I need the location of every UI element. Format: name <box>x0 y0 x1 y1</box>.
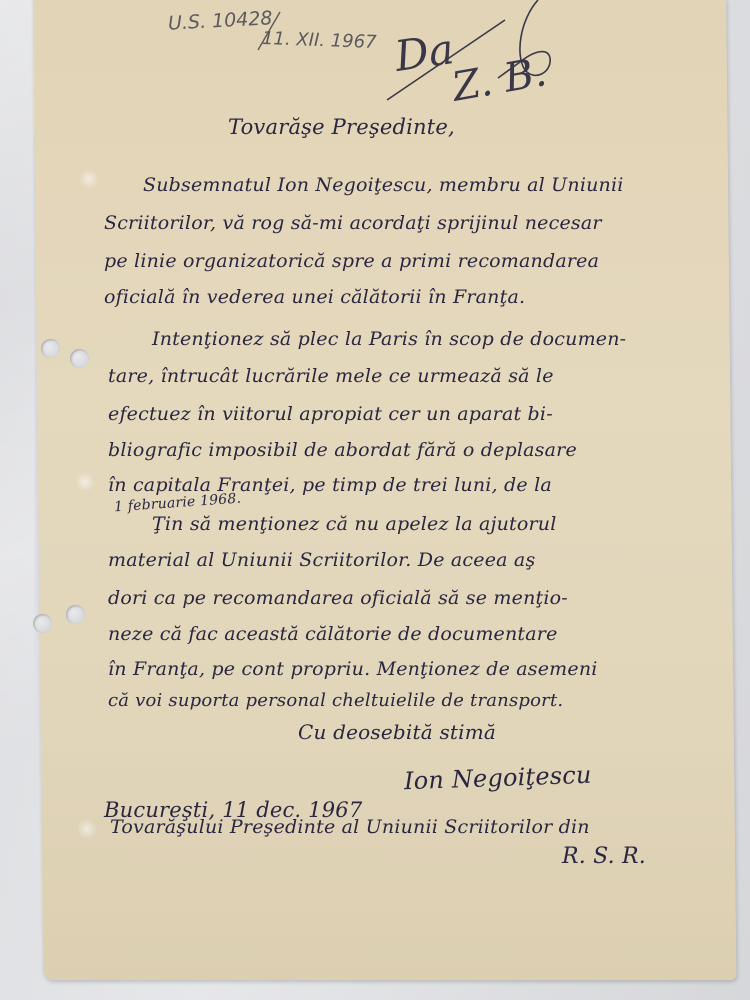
letter-addressee-country: R. S. R. <box>562 846 646 868</box>
approval-word: Da <box>392 28 456 78</box>
letter-addressee: Tovarăşului Preşedinte al Uniunii Scriit… <box>110 818 590 837</box>
letter-body-line: Subsemnatul Ion Negoiţescu, membru al Un… <box>143 176 624 195</box>
registration-number: U.S. 10428 <box>168 9 273 33</box>
registration-date: 11. XII. 1967 <box>262 30 377 52</box>
plastic-sleeve-glare <box>0 0 34 1000</box>
paper-crease <box>76 820 98 838</box>
letter-body-line: neze că fac această călătorie de documen… <box>108 625 558 644</box>
letter-body-line: pe linie organizatorică spre a primi rec… <box>104 252 599 271</box>
paper-crease <box>78 170 100 188</box>
letter-body-line: Scriitorilor, vă rog să-mi acordaţi spri… <box>104 214 602 233</box>
letter-body-line: bliografic imposibil de abordat fără o d… <box>108 441 577 460</box>
letter-body-line: în capitala Franţei, pe timp de trei lun… <box>108 476 552 495</box>
letter-signature: Ion Negoiţescu <box>404 763 592 794</box>
letter-body-line: că voi suporta personal cheltuielile de … <box>108 692 563 710</box>
letter-body-line: în Franţa, pe cont propriu. Menţionez de… <box>108 660 598 679</box>
letter-body-line: Ţin să menţionez că nu apelez la ajutoru… <box>152 515 557 534</box>
letter-body-line: efectuez în viitorul apropiat cer un apa… <box>108 405 553 424</box>
punch-hole <box>33 614 52 633</box>
letter-closing: Cu deosebită stimă <box>298 722 496 742</box>
punch-hole <box>66 605 85 624</box>
punch-hole <box>70 349 89 368</box>
letter-body-line: oficială în vederea unei călătorii în Fr… <box>104 288 525 307</box>
letter-body-line: material al Uniunii Scriitorilor. De ace… <box>108 551 535 570</box>
letter-body-line: Intenţionez să plec la Paris în scop de … <box>152 330 626 349</box>
letter-salutation: Tovarăşe Preşedinte, <box>228 117 455 138</box>
letter-body-line: tare, întrucât lucrările mele ce urmează… <box>108 367 554 386</box>
letter-body-line: dori ca pe recomandarea oficială să se m… <box>108 589 568 608</box>
punch-hole <box>41 339 60 358</box>
paper-crease <box>74 473 96 491</box>
